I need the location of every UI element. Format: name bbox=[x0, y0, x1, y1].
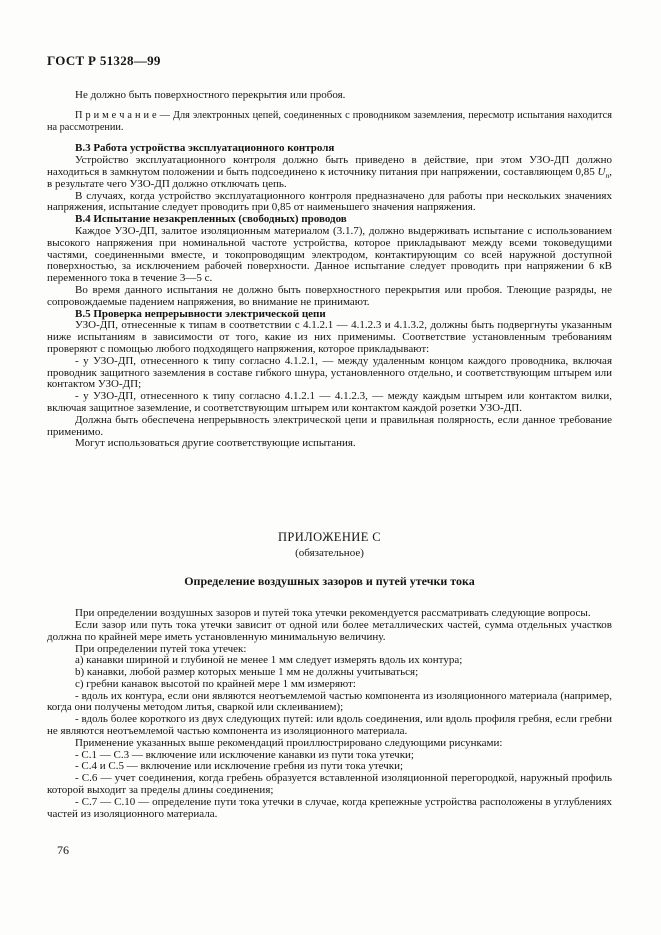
text-run-pre: Устройство эксплуатационного контроля до… bbox=[47, 154, 612, 178]
list-item-fig-4: - С.7 — С.10 — определение пути тока уте… bbox=[47, 797, 612, 821]
voltage-symbol-letter: U bbox=[598, 166, 606, 178]
paragraph-b3-2: В случаях, когда устройство эксплуатацио… bbox=[47, 191, 612, 215]
paragraph-b5-1: УЗО-ДП, отнесенные к типам в соответстви… bbox=[47, 320, 612, 355]
list-item-b5-1: - у УЗО-ДП, отнесенного к типу согласно … bbox=[47, 356, 612, 391]
page-number: 76 bbox=[57, 843, 69, 858]
paragraph-b5-2: Должна быть обеспечена непрерывность эле… bbox=[47, 415, 612, 439]
annex-c-status: (обязательное) bbox=[47, 547, 612, 560]
standard-designation: ГОСТ Р 51328—99 bbox=[47, 53, 612, 69]
annex-c-title: Определение воздушных зазоров и путей ут… bbox=[47, 574, 612, 588]
paragraph-b4-1: Каждое УЗО-ДП, залитое изоляционным мате… bbox=[47, 226, 612, 285]
paragraph-b4-2: Во время данного испытания не должно быт… bbox=[47, 285, 612, 309]
list-item-b5-2: - у УЗО-ДП, отнесенного к типу согласно … bbox=[47, 391, 612, 415]
voltage-symbol: Uп bbox=[598, 166, 610, 178]
document-page: ГОСТ Р 51328—99 Не должно быть поверхнос… bbox=[0, 0, 661, 935]
list-item-dash-2: - вдоль более короткого из двух следующи… bbox=[47, 714, 612, 738]
note-paragraph: П р и м е ч а н и е — Для электронных це… bbox=[47, 110, 612, 134]
paragraph-b5-3: Могут использоваться другие соответствую… bbox=[47, 438, 612, 450]
list-item-c: с) гребни канавок высотой по крайней мер… bbox=[47, 679, 612, 691]
annex-c-label: ПРИЛОЖЕНИЕ С bbox=[47, 530, 612, 544]
paragraph-intro: Не должно быть поверхностного перекрытия… bbox=[47, 90, 612, 102]
paragraph-c-2: Если зазор или путь тока утечки зависит … bbox=[47, 620, 612, 644]
list-item-fig-3: - С.6 — учет соединения, когда гребень о… bbox=[47, 773, 612, 797]
paragraph-b3-1: Устройство эксплуатационного контроля до… bbox=[47, 155, 612, 190]
paragraph-c-4: Применение указанных выше рекомендаций п… bbox=[47, 738, 612, 750]
list-item-dash-1: - вдоль их контура, если они являются не… bbox=[47, 691, 612, 715]
